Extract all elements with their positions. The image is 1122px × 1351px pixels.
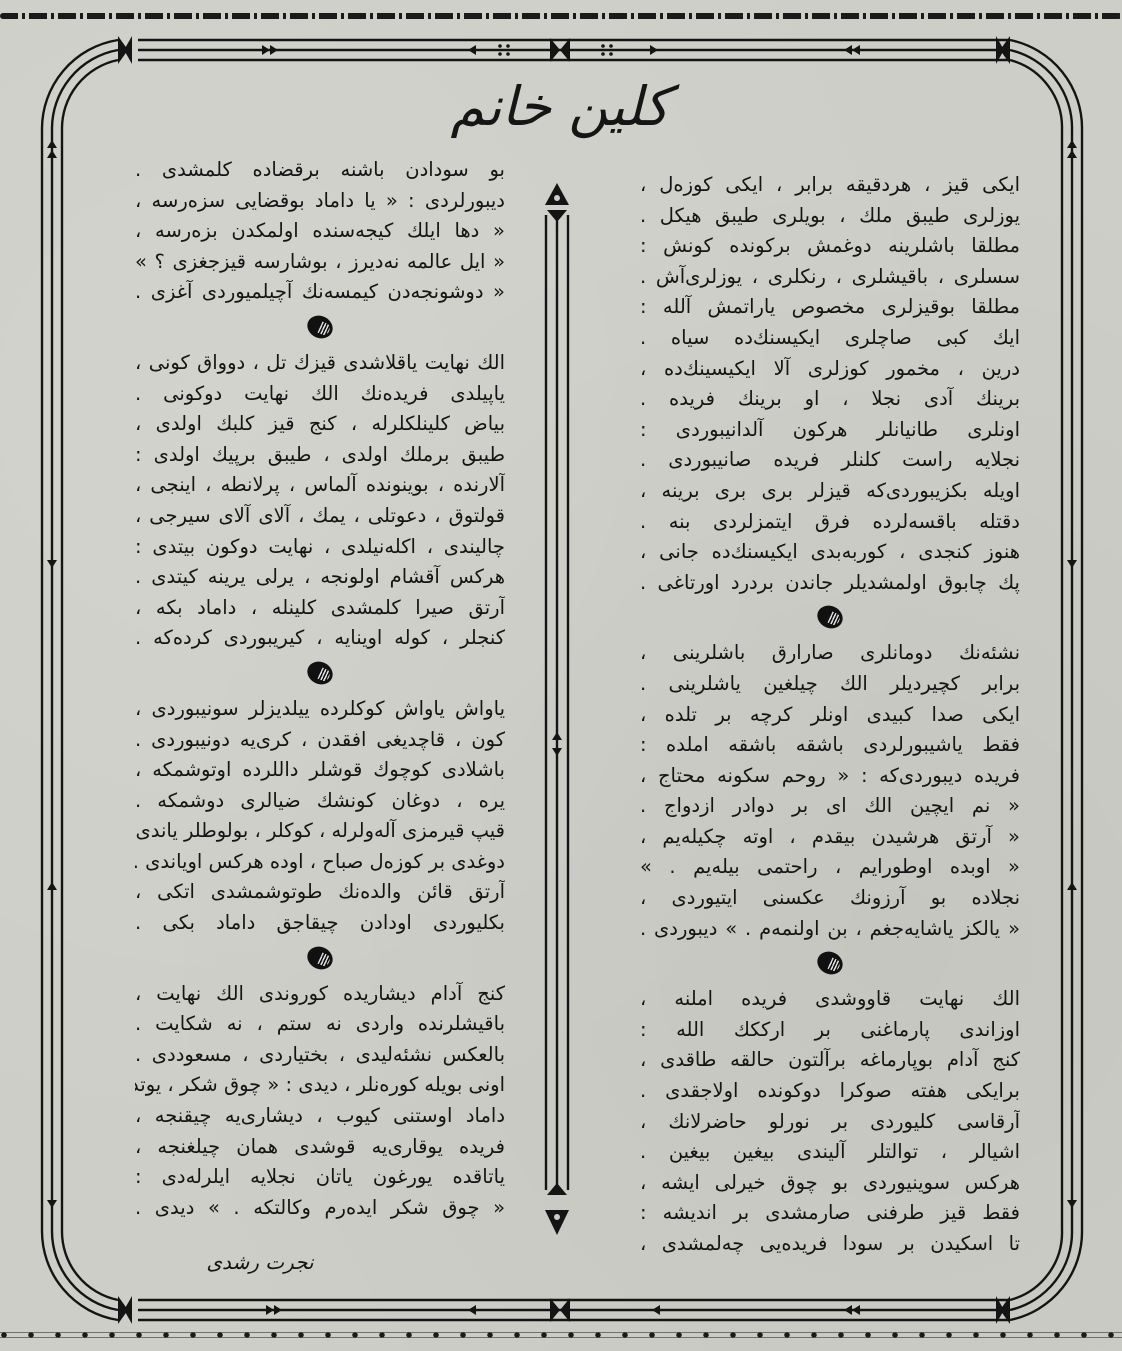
verse-line: بو سودادن باشنه برقضاده کلمشدی . xyxy=(135,155,505,186)
verse-line: مطلقا بوقیزلری مخصوص یاراتمش آلله : xyxy=(640,292,1020,323)
verse-line: برایکی هفته صوکرا دوکونده اولاجقدی . xyxy=(640,1076,1020,1107)
verse-line: یوزلری طیبق ملك ، بویلری طیبق هیکل . xyxy=(640,201,1020,232)
verse-line: باشلادی کوچوك قوشلر داللرده اوتوشمکه ، xyxy=(135,755,505,786)
verse-line: « آرتق هرشیدن بیقدم ، اوته چکیله‌یم ، xyxy=(640,822,1020,853)
verse-line: آرتق قائن والده‌نك طوتوشمشدی اتکی ، xyxy=(135,877,505,908)
magazine-page: كلين خانم ایکی قیز ، هردقیقه برابر ، ایک… xyxy=(0,0,1122,1351)
verse-line: « چوق شکر ایده‌رم وکالتکه . » دیدی . xyxy=(135,1193,505,1224)
verse-line: درین ، مخمور کوزلری آلا ایکیسینك‌ده ، xyxy=(640,354,1020,385)
verse-line: فقط قیز طرفنی صارمشدی بر اندیشه : xyxy=(640,1198,1020,1229)
verse-line: فریده یوقاری‌یه قوشدی همان چیلغنجه ، xyxy=(135,1132,505,1163)
verse-line: آلارنده ، بوینونده آلماس ، پرلانطه ، این… xyxy=(135,470,505,501)
verse-line: یره ، دوغان کونشك ضیالری دوشمکه . xyxy=(135,786,505,817)
verse-line: مطلقا باشلرینه دوغمش برکونده کونش : xyxy=(640,231,1020,262)
stanza-separator xyxy=(640,598,1020,638)
verse-line: فقط یاشیبورلردی باشقه باشقه املده : xyxy=(640,730,1020,761)
verse-line: دوغدی بر کوزه‌ل صباح ، اوده هرکس اویاندی… xyxy=(135,847,505,878)
verse-line: کنجلر ، کوله اوینایه ، کیریبوردی کرده‌که… xyxy=(135,623,505,654)
stanza-separator xyxy=(135,939,505,979)
stanza-separator xyxy=(135,308,505,348)
verse-line: یاپیلدی فریده‌نك الك نهایت دوکونی . xyxy=(135,379,505,410)
verse-line: آرتق صیرا کلمشدی کلینله ، داماد بکه ، xyxy=(135,593,505,624)
stanza-separator xyxy=(640,944,1020,984)
verse-line: اویله بکزیبوردی‌که قیزلر بری بری برینه ، xyxy=(640,476,1020,507)
verse-line: داماد اوستنی کیوب ، دیشاری‌یه چیقنجه ، xyxy=(135,1101,505,1132)
verse-line: نجلاده بو آرزونك عکسنی ایتیوردی ، xyxy=(640,883,1020,914)
verse-line: الك نهایت قاووشدی فریده املنه ، xyxy=(640,984,1020,1015)
verse-line: فریده دیبوردی‌که : « روحم سکونه محتاج ، xyxy=(640,761,1020,792)
verse-line: ایکی صدا کبیدی اونلر کرچه بر تلده ، xyxy=(640,700,1020,731)
verse-line: قولتوق ، دعوتلی ، یمك ، آلای آلای سیرجی … xyxy=(135,501,505,532)
verse-line: طیبق برملك اولدی ، طیبق برپیك اولدی : xyxy=(135,440,505,471)
verse-line: ایك کبی صاچلری ایکیسنك‌ده سیاه . xyxy=(640,323,1020,354)
verse-line: یاواش یاواش کوکلرده ییلدیزلر سونیبوردی ، xyxy=(135,694,505,725)
verse-line: « نم ایچین الك ای بر دوادر ازدواج . xyxy=(640,791,1020,822)
verse-line: « دها ایلك کیجه‌سنده اولمکدن بزه‌رسه ، xyxy=(135,216,505,247)
verse-line: اونی بویله کوره‌نلر ، دیدی : « چوق شکر ،… xyxy=(135,1070,505,1101)
ornament-bullet-icon xyxy=(814,602,847,633)
verse-line: « دوشونجه‌دن کیمسه‌نك آچیلمیوردی آغزی . xyxy=(135,277,505,308)
verse-line: بیاض کلینلکلرله ، کنج قیز کلبك اولدی ، xyxy=(135,409,505,440)
left-column: بو سودادن باشنه برقضاده کلمشدی .دیبورلرد… xyxy=(135,155,505,1223)
verse-line: کون ، قاچدیغی افقدن ، کری‌یه دونیبوردی . xyxy=(135,725,505,756)
verse-line: ایکی قیز ، هردقیقه برابر ، ایکی کوزه‌ل ، xyxy=(640,170,1020,201)
verse-line: آرقاسی کلیوردی بر نورلو حاضرلانك ، xyxy=(640,1107,1020,1138)
verse-line: نشئه‌نك دومانلری صارارق باشلرینی ، xyxy=(640,638,1020,669)
verse-line: کنج آدام دیشاریده کوروندی الك نهایت ، xyxy=(135,979,505,1010)
author-signature: نجرت رشدی xyxy=(190,1250,330,1274)
right-column: ایکی قیز ، هردقیقه برابر ، ایکی کوزه‌ل ،… xyxy=(640,170,1020,1260)
verse-line: قیپ قیرمزی آله‌ولرله ، کوکلر ، بولوطلر ی… xyxy=(135,816,505,847)
verse-line: نجلایه راست کلنلر فریده صانیبوردی . xyxy=(640,445,1020,476)
verse-line: سسلری ، باقیشلری ، رنکلری ، یوزلری‌آش . xyxy=(640,262,1020,293)
verse-line: اونلری طانیانلر هرکون آلدانیبوردی : xyxy=(640,415,1020,446)
verse-line: هرکس آقشام اولونجه ، یرلی یرینه کیتدی . xyxy=(135,562,505,593)
verse-line: برابر کچیردیلر الك چیلغین یاشلرینی . xyxy=(640,669,1020,700)
verse-line: برینك آدی نجلا ، او برینك فریده . xyxy=(640,384,1020,415)
verse-line: یاتاقده یورغون یاتان نجلایه ایلرله‌دی : xyxy=(135,1162,505,1193)
ornament-bullet-icon xyxy=(304,657,337,688)
verse-line: الك نهایت یاقلاشدی قیزك تل ، دوواق کونی … xyxy=(135,348,505,379)
verse-line: تا اسکیدن بر سودا فریده‌یی چه‌لمشدی ، xyxy=(640,1229,1020,1260)
ornament-bullet-icon xyxy=(304,312,337,343)
verse-line: « ایل عالمه نه‌دیرز ، بوشارسه قیزجغزی ؟ … xyxy=(135,247,505,278)
poem-title: كلين خانم xyxy=(440,62,680,152)
ornament-bullet-icon xyxy=(304,942,337,973)
verse-line: اشیالر ، توالتلر آلیندی بیغین بیغین . xyxy=(640,1137,1020,1168)
verse-line: دقتله باقسه‌لرده فرق ایتمزلردی بنه . xyxy=(640,507,1020,538)
verse-line: دیبورلردی : « یا داماد بوقضایی سزه‌رسه ، xyxy=(135,186,505,217)
verse-line: چالیندی ، اکله‌نیلدی ، نهایت دوکون بیتدی… xyxy=(135,532,505,563)
verse-line: اوزاندی پارماغنی بر ارککك الله : xyxy=(640,1015,1020,1046)
verse-line: بکلیوردی اودادن چیقاجق داماد بکی . xyxy=(135,908,505,939)
verse-line: باقیشلرنده واردی نه ستم ، نه شکایت . xyxy=(135,1009,505,1040)
stanza-separator xyxy=(135,654,505,694)
verse-line: هرکس سوینیوردی بو چوق خیرلی ایشه ، xyxy=(640,1168,1020,1199)
verse-line: بالعکس نشئه‌لیدی ، بختیاردی ، مسعوددی . xyxy=(135,1040,505,1071)
verse-line: هنوز کنجدی ، کوربه‌بدی ایکیسنك‌ده جانی ، xyxy=(640,537,1020,568)
verse-line: « اوبده اوطورایم ، راحتمی بیله‌یم . » xyxy=(640,852,1020,883)
verse-line: کنج آدام بوپارماغه برآلتون حالقه طاقدی ، xyxy=(640,1045,1020,1076)
verse-line: پك چابوق اولمشدیلر جاندن بردرد اورتاغی . xyxy=(640,568,1020,599)
verse-line: « یالکز یاشایه‌جغم ، بن اولنمه‌م . » دیب… xyxy=(640,914,1020,945)
ornament-bullet-icon xyxy=(814,948,847,979)
